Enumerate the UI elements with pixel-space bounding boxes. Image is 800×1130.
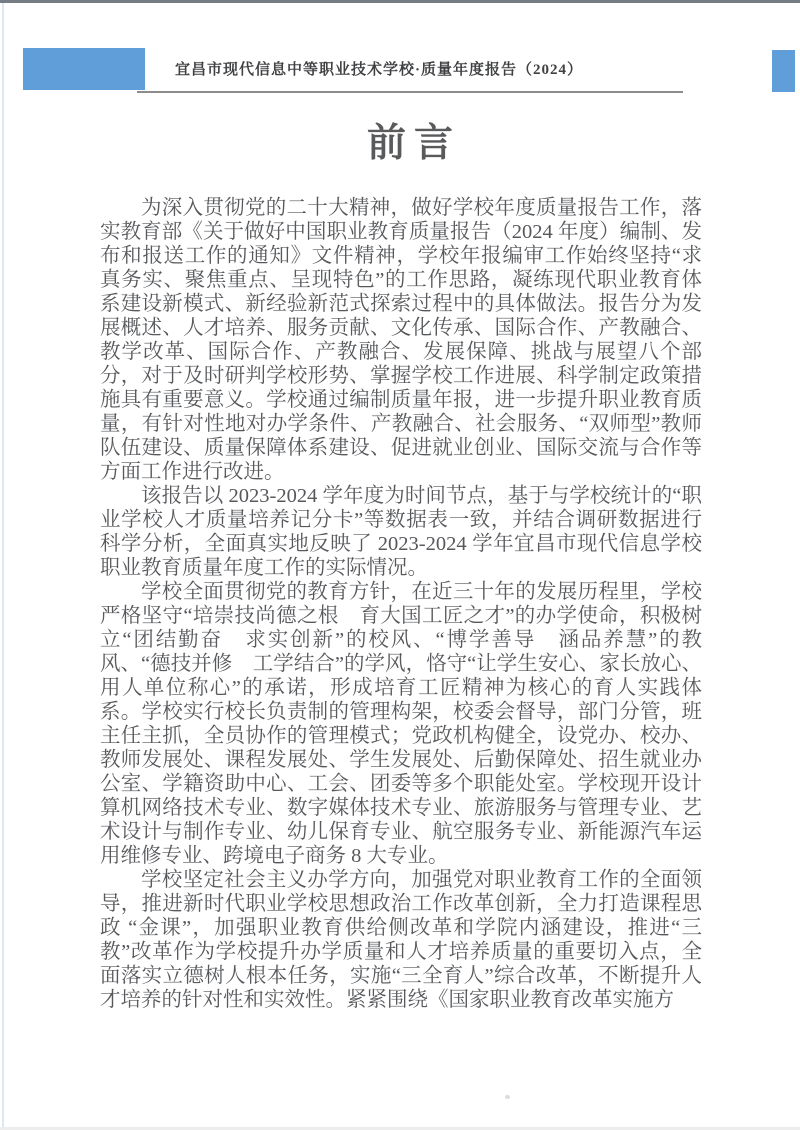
preface-paragraph-3: 学校全面贯彻党的教育方针，在近三十年的发展历程里，学校严格坚守“培崇技尚德之根 … [100,580,702,868]
header-accent-bar-right [772,50,795,92]
page-left-edge-artifact [2,3,4,1130]
preface-paragraph-1: 为深入贯彻党的二十大精神，做好学校年度质量报告工作，落实教育部《关于做好中国职业… [100,196,702,484]
page-top-edge-artifact [0,0,800,3]
report-page: 宜昌市现代信息中等职业技术学校·质量年度报告（2024） 前言 为深入贯彻党的二… [0,0,800,1130]
header-band: 宜昌市现代信息中等职业技术学校·质量年度报告（2024） [137,54,683,93]
preface-paragraph-4: 学校坚定社会主义办学方向，加强党对职业教育工作的全面领导，推进新时代职业学校思想… [100,868,702,1012]
preface-body: 为深入贯彻党的二十大精神，做好学校年度质量报告工作，落实教育部《关于做好中国职业… [100,196,702,1012]
document-header-title: 宜昌市现代信息中等职业技术学校·质量年度报告（2024） [175,62,583,78]
preface-paragraph-2: 该报告以 2023-2024 学年度为时间节点，基于与学校统计的“职业学校人才质… [100,484,702,580]
scan-speck-artifact [505,1095,510,1099]
section-title: 前言 [137,112,683,168]
header-accent-bar-left [23,48,145,90]
